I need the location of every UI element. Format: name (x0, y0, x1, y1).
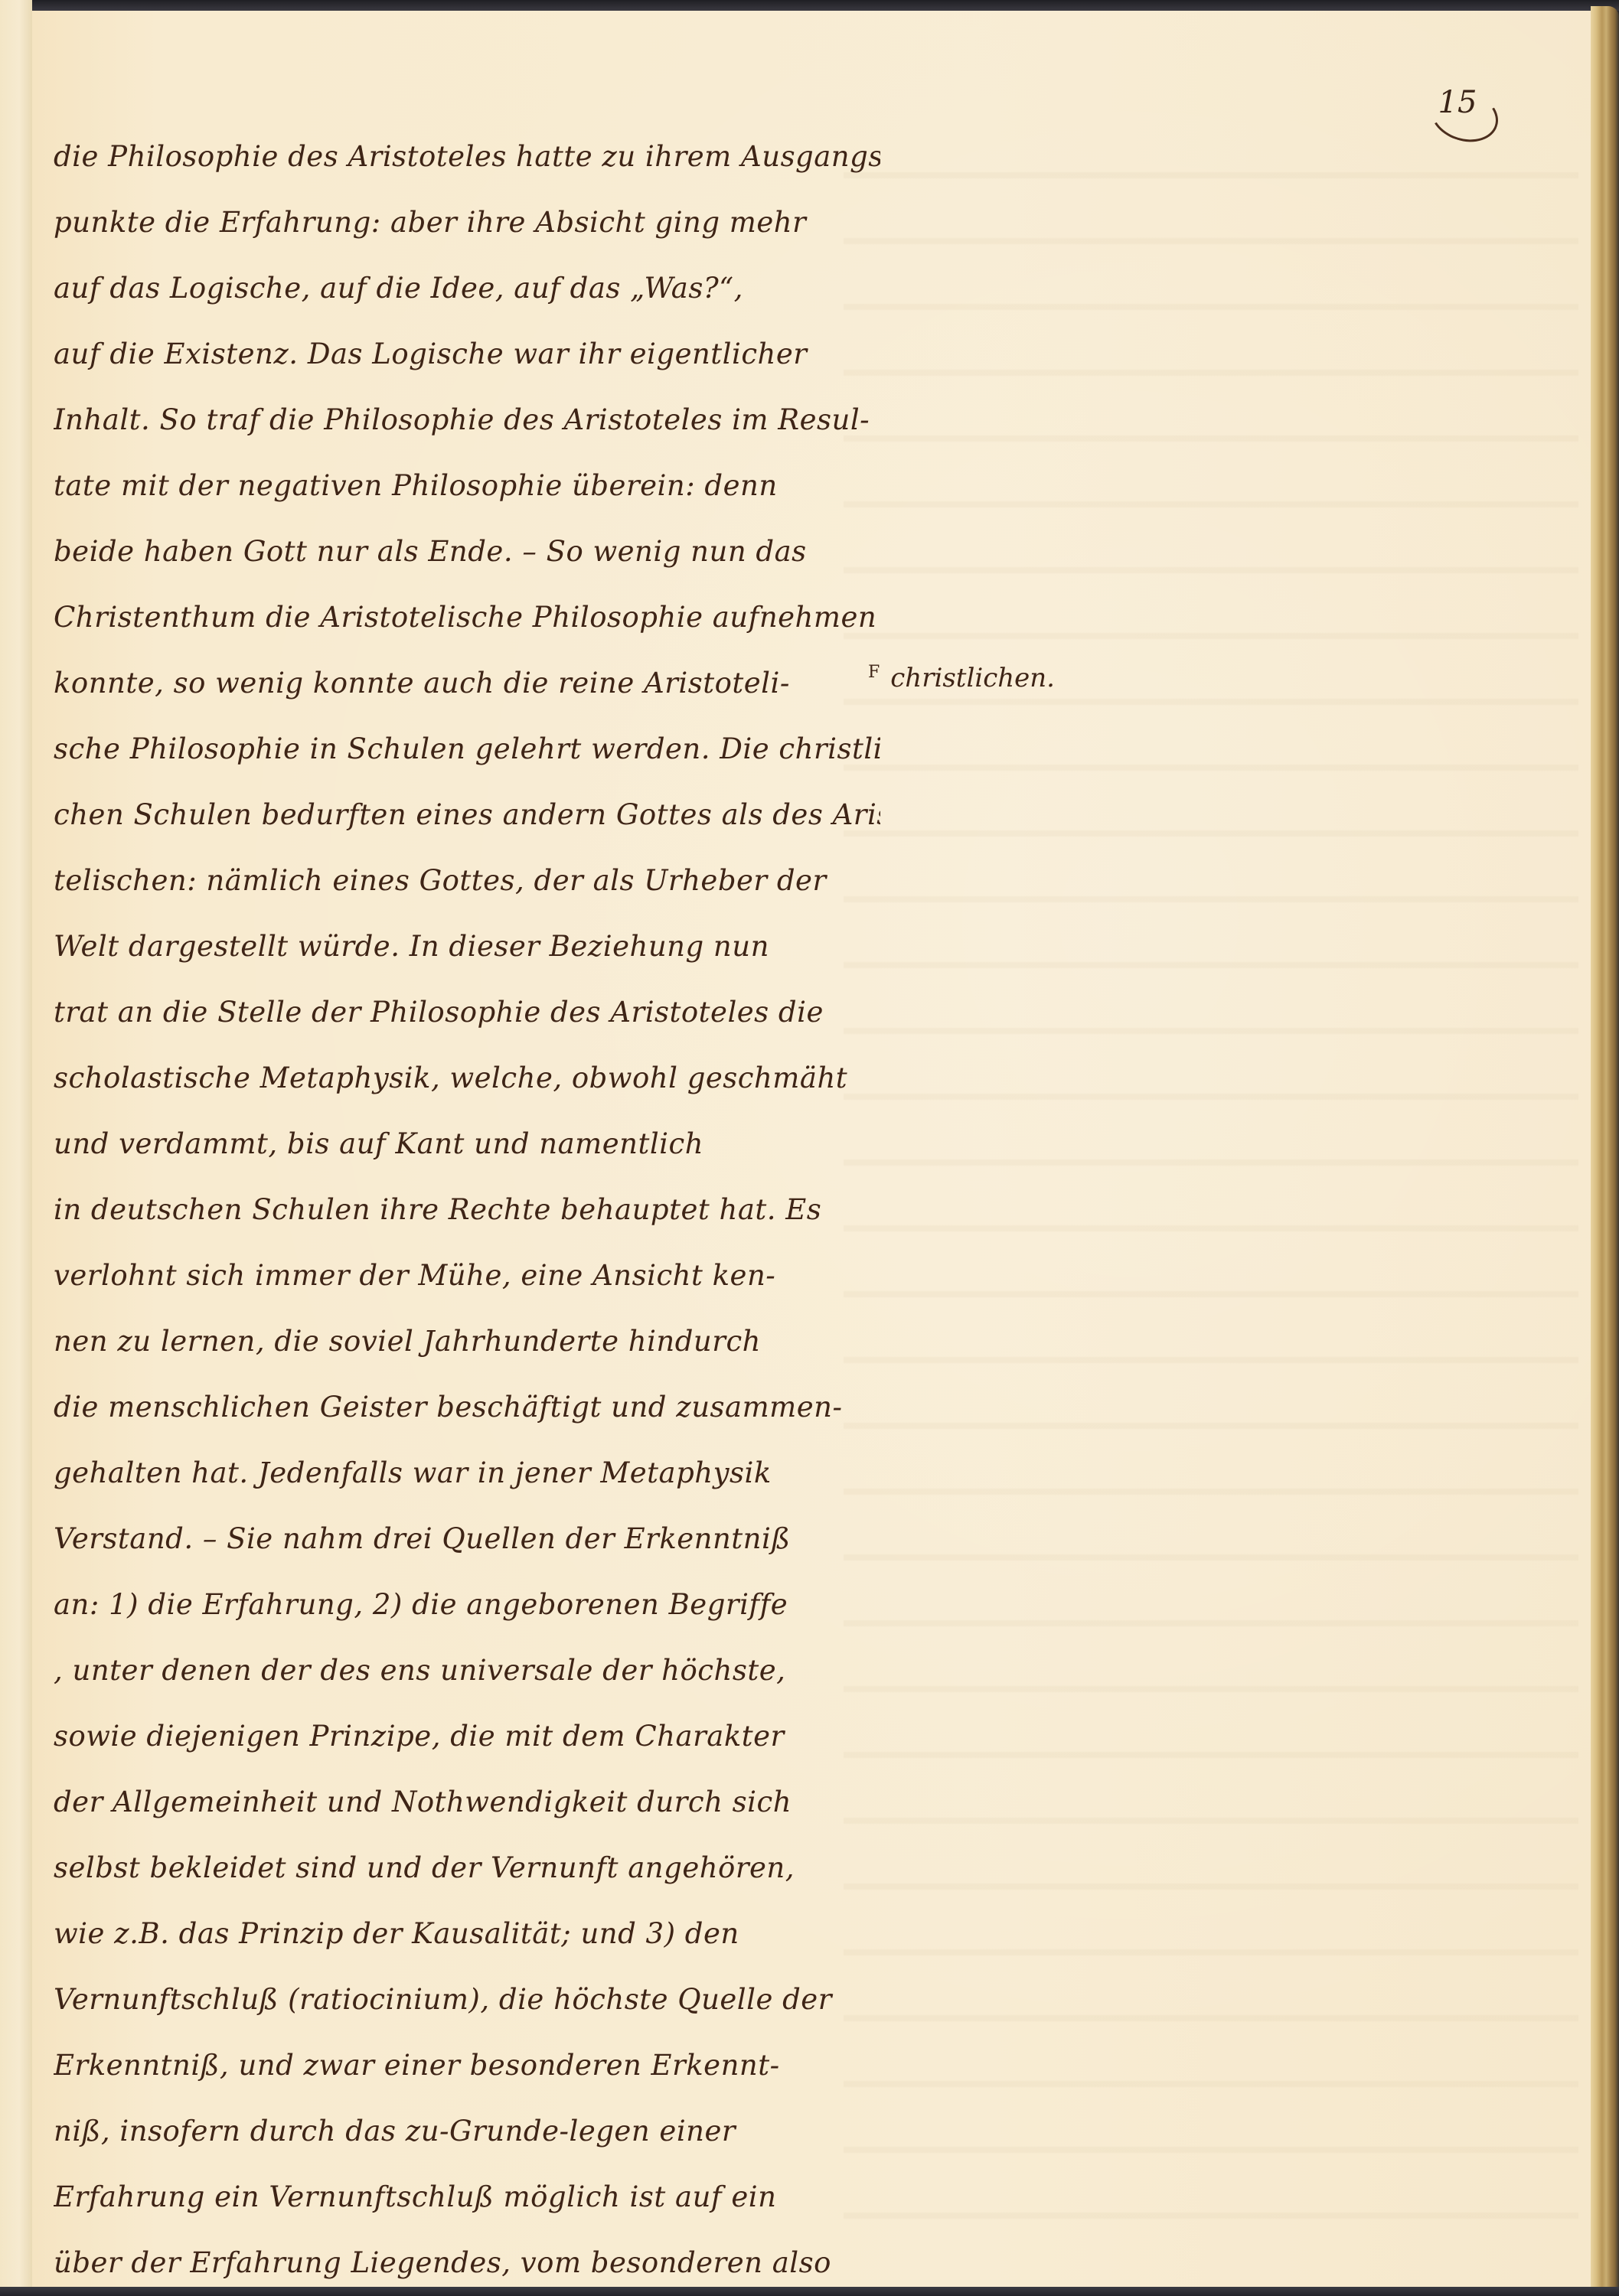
manuscript-page: 15 die Philosophie des Aristoteles hatte… (32, 11, 1601, 2287)
text-line: Inhalt. So traf die Philosophie des Aris… (54, 387, 880, 453)
text-line: die Philosophie des Aristoteles hatte zu… (54, 124, 880, 190)
text-line: und verdammt, bis auf Kant und namentlic… (54, 1111, 880, 1177)
text-line: Welt dargestellt würde. In dieser Bezieh… (54, 914, 880, 980)
footnote-marker: F (868, 663, 880, 682)
text-line: Christenthum die Aristotelische Philosop… (54, 585, 880, 651)
text-line: , unter denen der des ens universale der… (54, 1638, 880, 1704)
text-line: Vernunftschluß (ratiocinium), die höchst… (54, 1967, 880, 2033)
margin-note-text: christlichen. (890, 663, 1055, 693)
text-line: trat an die Stelle der Philosophie des A… (54, 980, 880, 1045)
text-line: scholastische Metaphysik, welche, obwohl… (54, 1045, 880, 1111)
text-line: gehalten hat. Jedenfalls war in jener Me… (54, 1440, 880, 1506)
scan-top-edge (0, 0, 1619, 11)
text-line: selbst bekleidet sind und der Vernunft a… (54, 1835, 880, 1901)
manuscript-text-column: die Philosophie des Aristoteles hatte zu… (54, 124, 880, 2296)
scan-bottom-edge (0, 2287, 1619, 2296)
text-line: tate mit der negativen Philosophie übere… (54, 453, 880, 519)
text-line: punkte die Erfahrung: aber ihre Absicht … (54, 190, 880, 256)
text-line: auf das Logische, auf die Idee, auf das … (54, 256, 880, 321)
page-number: 15 (1435, 87, 1480, 124)
binding-gutter (0, 0, 32, 2296)
text-line: telischen: nämlich eines Gottes, der als… (54, 848, 880, 914)
text-line: chen Schulen bedurften eines andern Gott… (54, 782, 880, 848)
text-line: nen zu lernen, die soviel Jahrhunderte h… (54, 1309, 880, 1375)
text-line: der Allgemeinheit und Nothwendigkeit dur… (54, 1769, 880, 1835)
text-line: sowie diejenigen Prinzipe, die mit dem C… (54, 1704, 880, 1769)
text-line: Verstand. – Sie nahm drei Quellen der Er… (54, 1506, 880, 1572)
text-line: in deutschen Schulen ihre Rechte behaupt… (54, 1177, 880, 1243)
text-line: Erkenntniß, und zwar einer besonderen Er… (54, 2033, 880, 2099)
margin-note: Fchristlichen. (868, 663, 1055, 693)
text-line: konnte, so wenig konnte auch die reine A… (54, 651, 880, 716)
text-line: verlohnt sich immer der Mühe, eine Ansic… (54, 1243, 880, 1309)
page-number-flourish-icon (1424, 81, 1505, 151)
text-line: Erfahrung ein Vernunftschluß möglich ist… (54, 2164, 880, 2230)
text-line: an: 1) die Erfahrung, 2) die angeborenen… (54, 1572, 880, 1638)
text-line: wie z.B. das Prinzip der Kausalität; und… (54, 1901, 880, 1967)
text-line: die menschlichen Geister beschäftigt und… (54, 1375, 880, 1440)
text-line: sche Philosophie in Schulen gelehrt werd… (54, 716, 880, 782)
text-line: auf die Existenz. Das Logische war ihr e… (54, 321, 880, 387)
gilt-fore-edge (1591, 6, 1619, 2288)
text-line: beide haben Gott nur als Ende. – So weni… (54, 519, 880, 585)
text-line: niß, insofern durch das zu-Grunde-legen … (54, 2099, 880, 2164)
